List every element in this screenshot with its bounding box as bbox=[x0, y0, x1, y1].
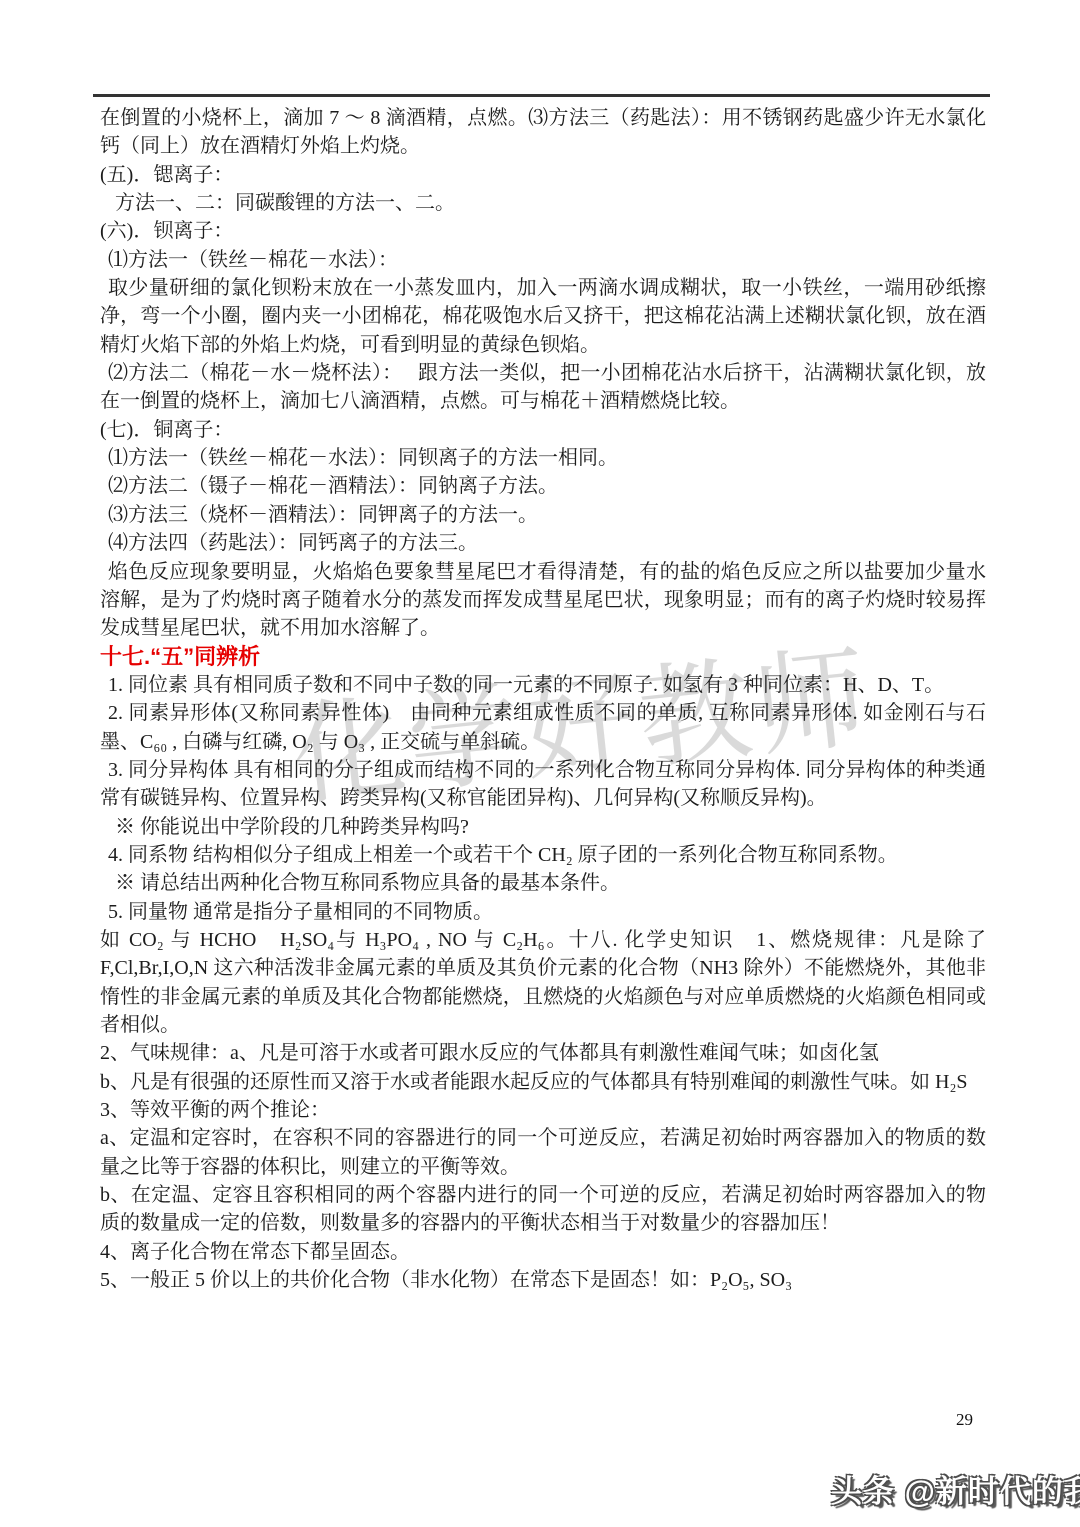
paragraph: 2. 同素异形体(又称同素异性体) 由同种元素组成性质不同的单质, 互称同素异形… bbox=[100, 699, 986, 756]
document-page: 化学好教师 在倒置的小烧杯上，滴加 7 ～ 8 滴酒精，点燃。⑶方法三（药匙法）… bbox=[0, 0, 1080, 1527]
paragraph: 5. 同量物 通常是指分子量相同的不同物质。 bbox=[100, 898, 986, 926]
paragraph: a、定温和定容时，在容积不同的容器进行的同一个可逆反应，若满足初始时两容器加入的… bbox=[100, 1124, 986, 1181]
header-rule bbox=[93, 94, 990, 97]
paragraph: 焰色反应现象要明显，火焰焰色要象彗星尾巴才看得清楚，有的盐的焰色反应之所以盐要加… bbox=[100, 558, 986, 643]
paragraph: b、凡是有很强的还原性而又溶于水或者能跟水起反应的气体都具有特别难闻的刺激性气味… bbox=[100, 1068, 986, 1096]
paragraph: 3、等效平衡的两个推论： bbox=[100, 1096, 986, 1124]
paragraph: 2、气味规律：a、凡是可溶于水或者可跟水反应的气体都具有刺激性难闻气味；如卤化氢 bbox=[100, 1039, 986, 1067]
paragraph: ⑵方法二（镊子－棉花－酒精法）：同钠离子方法。 bbox=[100, 472, 986, 500]
paragraph: (七)．铜离子： bbox=[100, 416, 986, 444]
paragraph: ※ 你能说出中学阶段的几种跨类异构吗? bbox=[100, 813, 986, 841]
paragraph: 5、一般正 5 价以上的共价化合物（非水化物）在常态下是固态！如：P₂O₅, S… bbox=[100, 1266, 986, 1294]
paragraph: 4. 同系物 结构相似分子组成上相差一个或若干个 CH₂ 原子团的一系列化合物互… bbox=[100, 841, 986, 869]
paragraph: 方法一、二：同碳酸锂的方法一、二。 bbox=[100, 189, 986, 217]
paragraph: ⑴方法一（铁丝－棉花－水法）： bbox=[100, 246, 986, 274]
paragraph: 取少量研细的氯化钡粉末放在一小蒸发皿内，加入一两滴水调成糊状，取一小铁丝，一端用… bbox=[100, 274, 986, 359]
document-body: 在倒置的小烧杯上，滴加 7 ～ 8 滴酒精，点燃。⑶方法三（药匙法）：用不锈钢药… bbox=[100, 104, 986, 1294]
paragraph: ⑶方法三（烧杯－酒精法）：同钾离子的方法一。 bbox=[100, 501, 986, 529]
paragraph: (六)．钡离子： bbox=[100, 217, 986, 245]
paragraph: 4、离子化合物在常态下都呈固态。 bbox=[100, 1238, 986, 1266]
paragraph: 1. 同位素 具有相同质子数和不同中子数的同一元素的不同原子. 如氢有 3 种同… bbox=[100, 671, 986, 699]
paragraph: ⑴方法一（铁丝－棉花－水法）：同钡离子的方法一相同。 bbox=[100, 444, 986, 472]
paragraph: 在倒置的小烧杯上，滴加 7 ～ 8 滴酒精，点燃。⑶方法三（药匙法）：用不锈钢药… bbox=[100, 104, 986, 161]
paragraph: b、在定温、定容且容积相同的两个容器内进行的同一个可逆的反应，若满足初始时两容器… bbox=[100, 1181, 986, 1238]
watermark-toutiao: 头条 @新时代的我 bbox=[831, 1466, 1080, 1511]
paragraph: 如 CO₂ 与 HCHO H₂SO₄与 H₃PO₄ , NO 与 C₂H₆。十八… bbox=[100, 926, 986, 1039]
paragraph: ※ 请总结出两种化合物互称同系物应具备的最基本条件。 bbox=[100, 869, 986, 897]
paragraph: ⑵方法二（棉花－水－烧杯法）： 跟方法一类似，把一小团棉花沾水后挤干，沾满糊状氯… bbox=[100, 359, 986, 416]
paragraph: 3. 同分异构体 具有相同的分子组成而结构不同的一系列化合物互称同分异构体. 同… bbox=[100, 756, 986, 813]
page-number: 29 bbox=[956, 1410, 973, 1430]
red-section-heading: 十七.“五”同辨析 bbox=[100, 643, 986, 671]
paragraph: ⑷方法四（药匙法）：同钙离子的方法三。 bbox=[100, 529, 986, 557]
paragraph: (五)．锶离子： bbox=[100, 161, 986, 189]
